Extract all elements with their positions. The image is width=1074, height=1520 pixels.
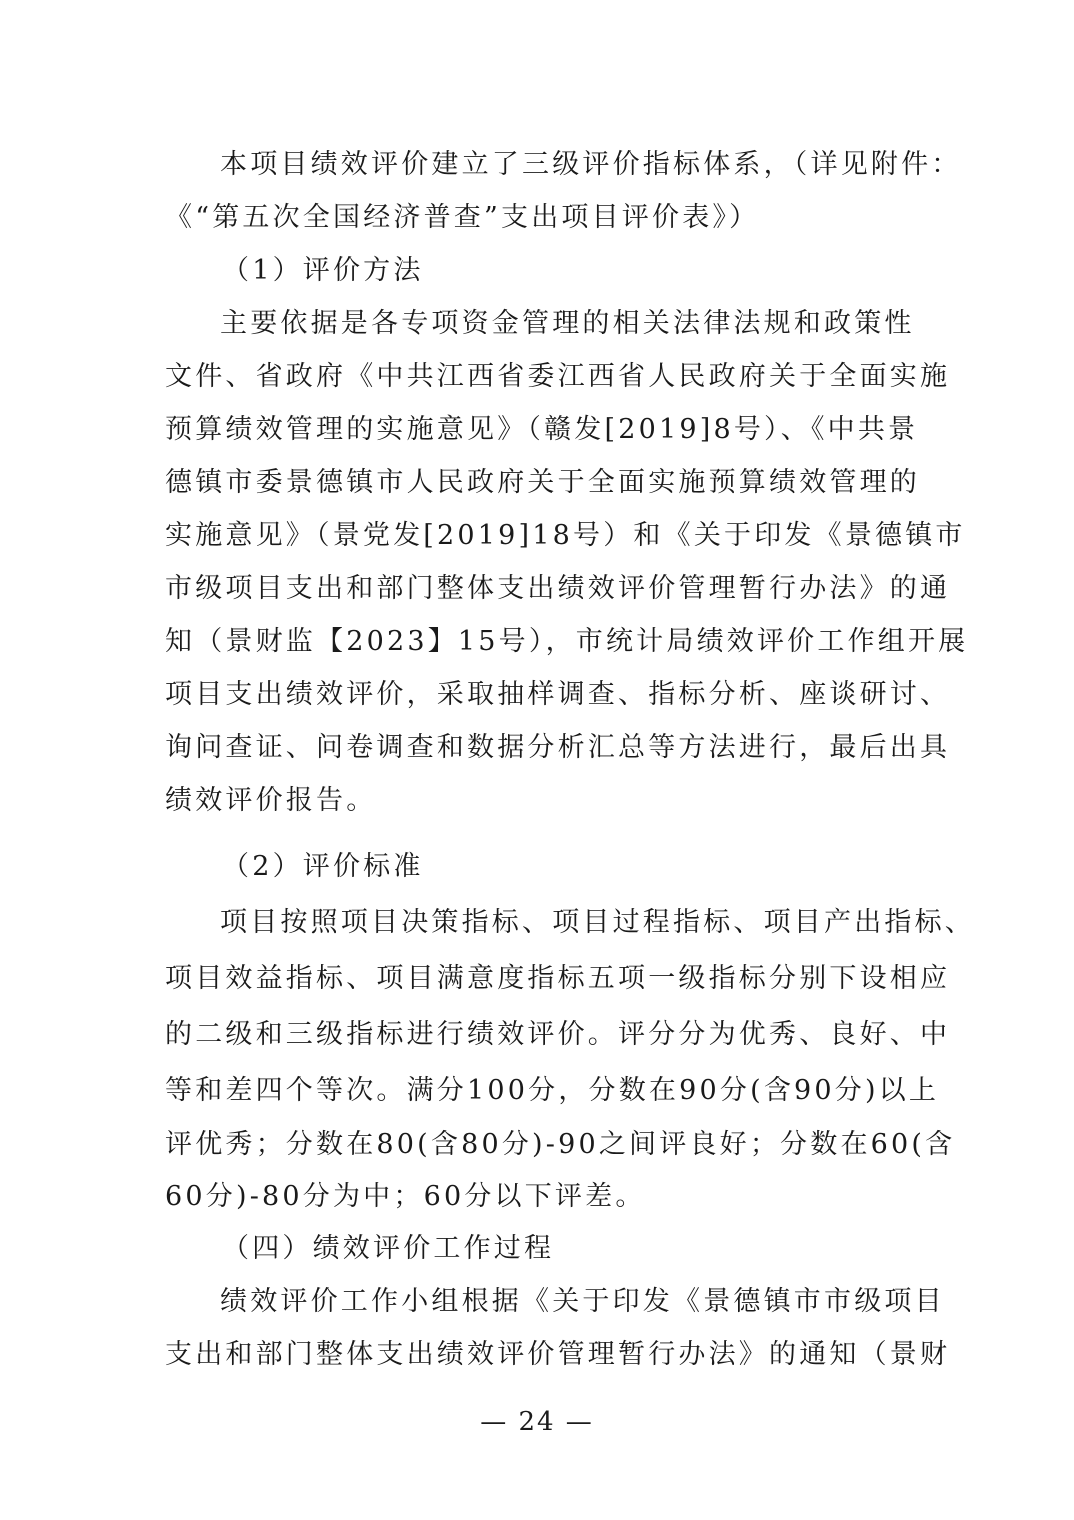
paragraph-line: 预算绩效管理的实施意见》（赣发[2019]8号）、《中共景 bbox=[165, 413, 913, 447]
paragraph-line: 评优秀；分数在80(含80分)-90之间评良好；分数在60(含 bbox=[165, 1128, 913, 1162]
paragraph-line: 支出和部门整体支出绩效评价管理暂行办法》的通知（景财 bbox=[165, 1338, 913, 1372]
paragraph-line: 德镇市委景德镇市人民政府关于全面实施预算绩效管理的 bbox=[165, 466, 913, 500]
paragraph-line: 等和差四个等次。满分100分，分数在90分(含90分)以上 bbox=[165, 1074, 913, 1108]
paragraph-line: 实施意见》（景党发[2019]18号）和《关于印发《景德镇市 bbox=[165, 519, 913, 553]
section-heading: （四）绩效评价工作过程 bbox=[222, 1232, 970, 1266]
section-heading: （2）评价标准 bbox=[222, 850, 970, 884]
paragraph-line: 绩效评价报告。 bbox=[165, 784, 913, 818]
document-page: 本项目绩效评价建立了三级评价指标体系，（详见附件： 《“第五次全国经济普查”支出… bbox=[0, 0, 1074, 1520]
paragraph-line: 项目按照项目决策指标、项目过程指标、项目产出指标、 bbox=[220, 906, 968, 940]
paragraph-line: 项目效益指标、项目满意度指标五项一级指标分别下设相应 bbox=[165, 962, 913, 996]
paragraph-line: 项目支出绩效评价，采取抽样调查、指标分析、座谈研讨、 bbox=[165, 678, 913, 712]
paragraph-line: 文件、省政府《中共江西省委江西省人民政府关于全面实施 bbox=[165, 360, 913, 394]
page-number: — 24 — bbox=[0, 1407, 1074, 1437]
paragraph-line: 询问查证、问卷调查和数据分析汇总等方法进行，最后出具 bbox=[165, 731, 913, 765]
paragraph-line: 绩效评价工作小组根据《关于印发《景德镇市市级项目 bbox=[220, 1285, 968, 1319]
paragraph-line: 知（景财监【2023】15号），市统计局绩效评价工作组开展 bbox=[165, 625, 913, 659]
paragraph-line: 主要依据是各专项资金管理的相关法律法规和政策性 bbox=[220, 307, 968, 341]
paragraph-line: 《“第五次全国经济普查”支出项目评价表》） bbox=[165, 201, 913, 235]
paragraph-line: 本项目绩效评价建立了三级评价指标体系，（详见附件： bbox=[220, 148, 968, 182]
paragraph-line: 市级项目支出和部门整体支出绩效评价管理暂行办法》的通 bbox=[165, 572, 913, 606]
paragraph-line: 60分)-80分为中；60分以下评差。 bbox=[165, 1180, 913, 1214]
paragraph-line: 的二级和三级指标进行绩效评价。评分分为优秀、良好、中 bbox=[165, 1018, 913, 1052]
section-heading: （1）评价方法 bbox=[222, 254, 970, 288]
